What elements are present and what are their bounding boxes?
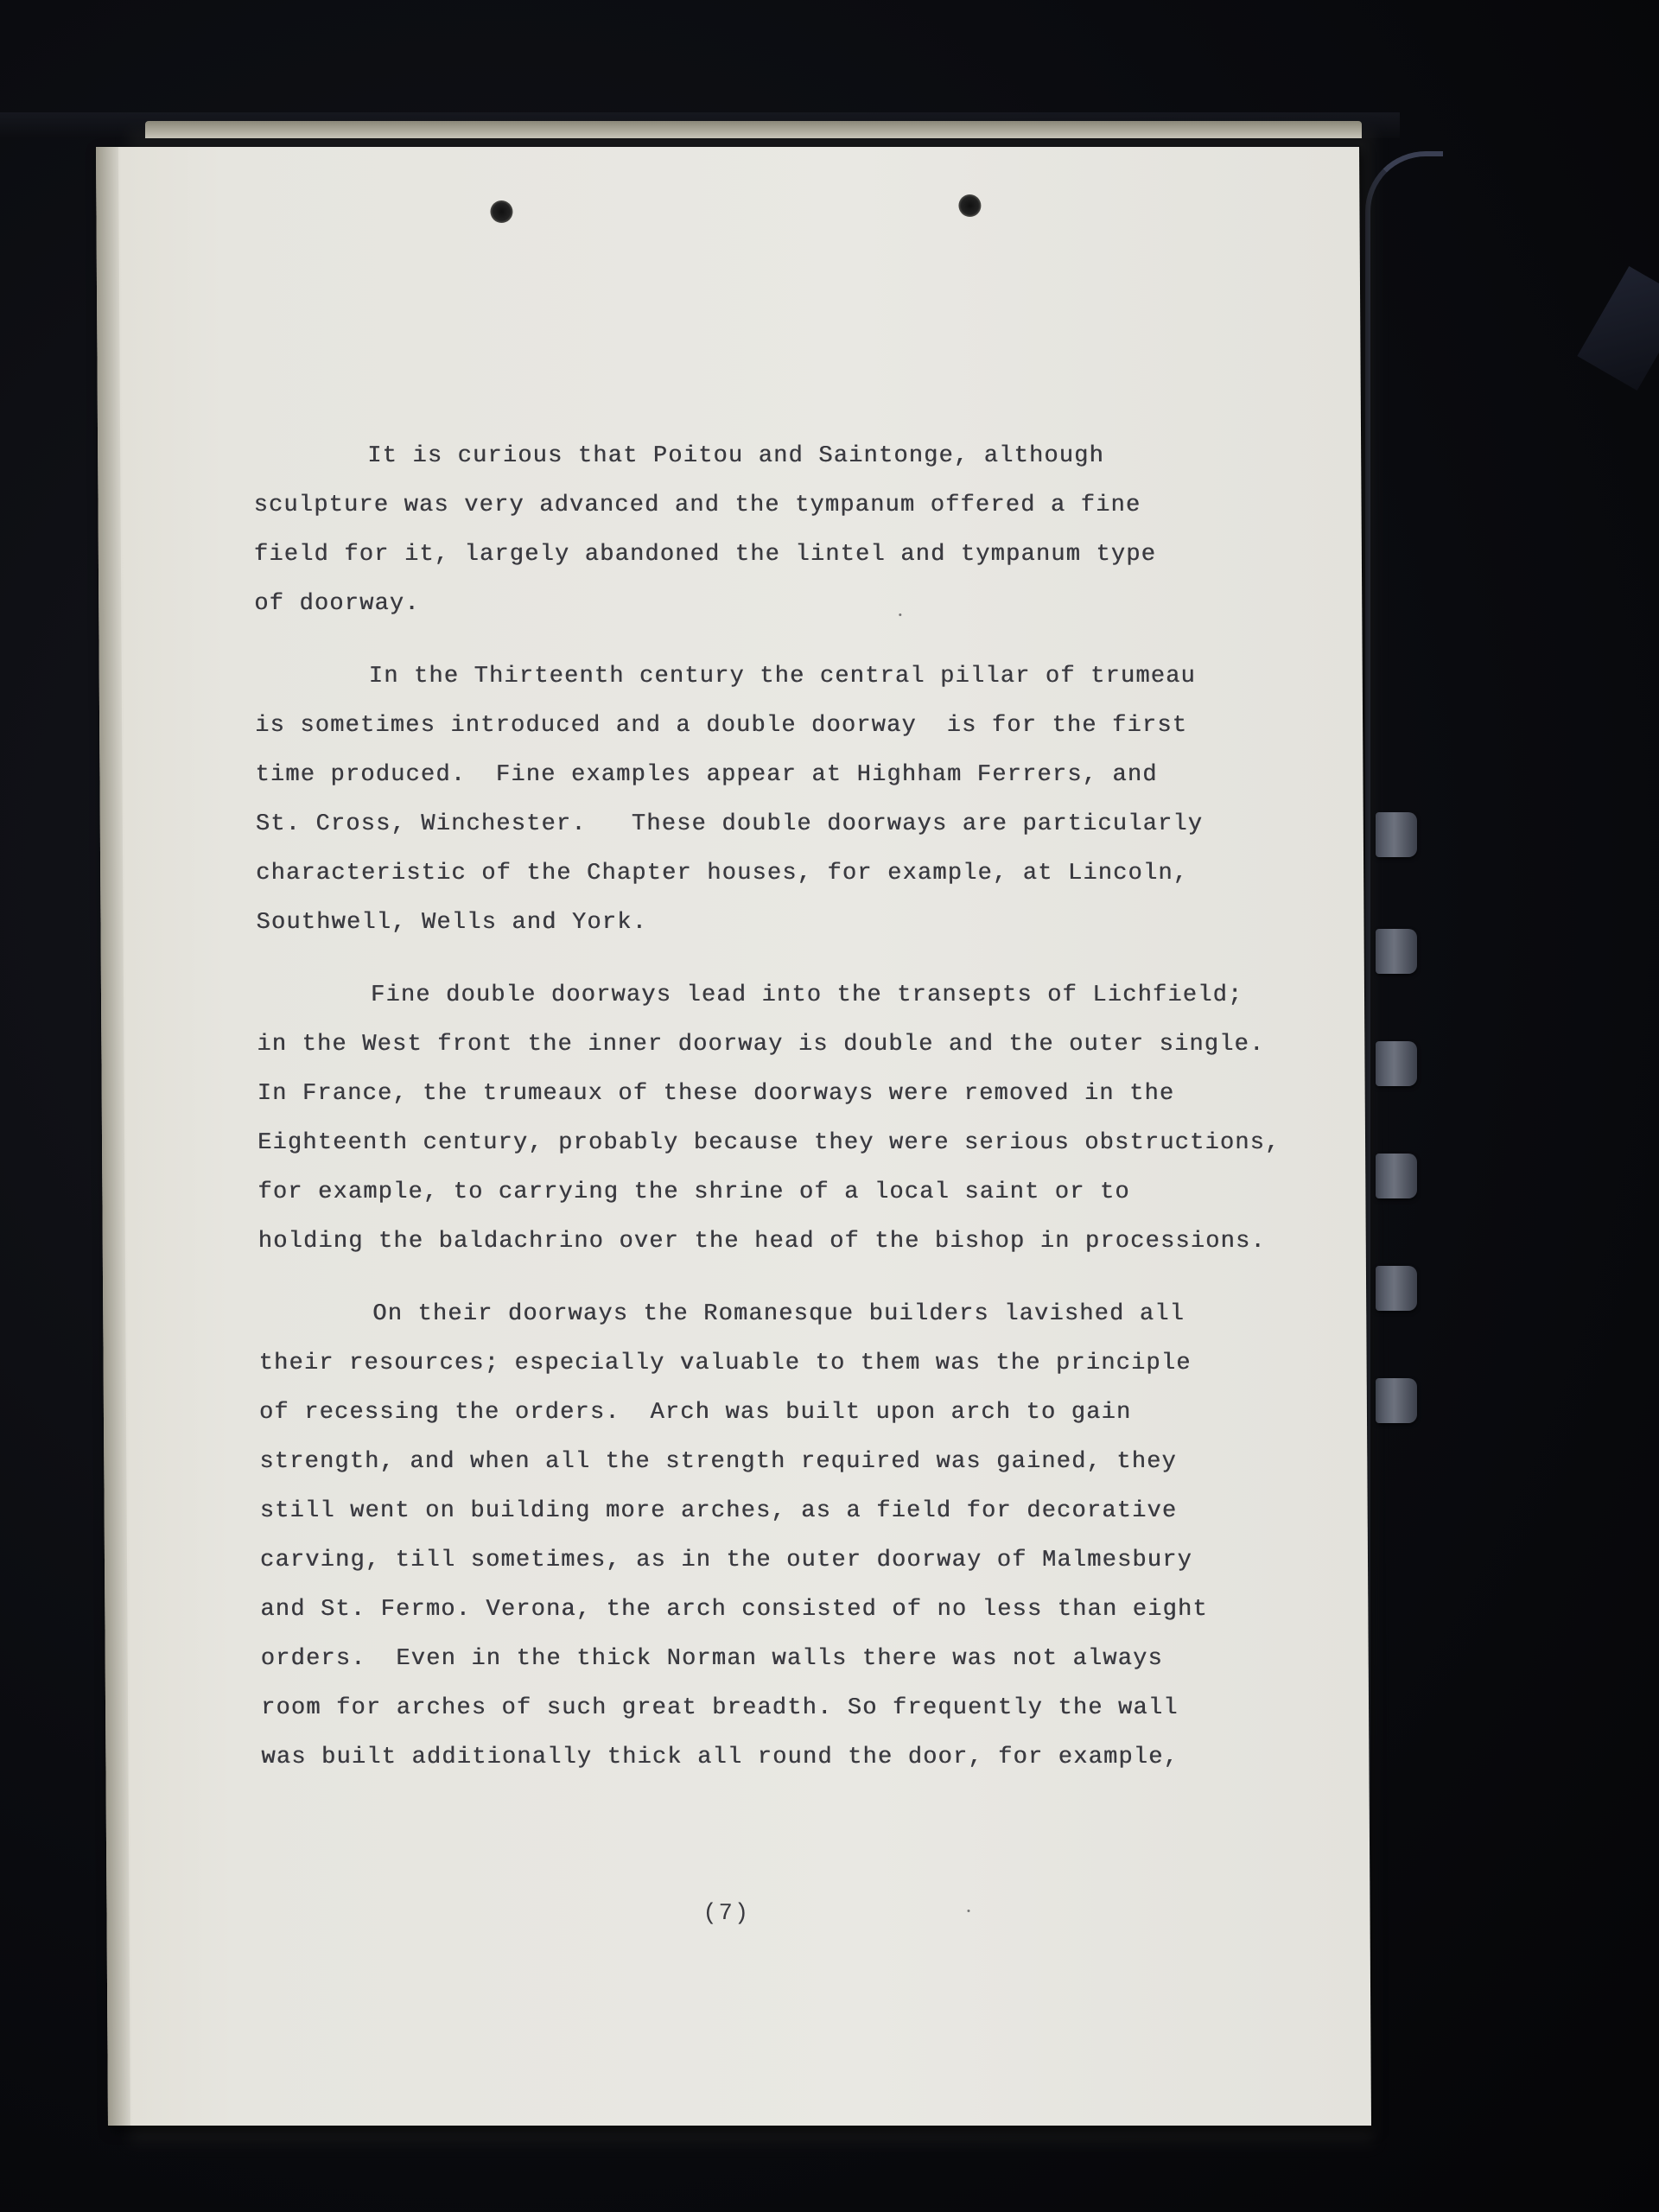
- page-number: (7): [702, 1901, 750, 1927]
- text-line: On their doorways the Romanesque builder…: [258, 1290, 1347, 1339]
- text-line: Southwell, Wells and York.: [256, 899, 1344, 948]
- text-line: time produced. Fine examples appear at H…: [255, 751, 1344, 800]
- binder-ring: [1376, 1041, 1417, 1086]
- paragraph: In the Thirteenth century the central pi…: [255, 652, 1345, 948]
- text-line: holding the baldachrino over the head of…: [258, 1217, 1347, 1267]
- text-line: is sometimes introduced and a double doo…: [255, 702, 1344, 751]
- text-line: carving, till sometimes, as in the outer…: [260, 1536, 1349, 1586]
- binder-ring: [1376, 1154, 1417, 1198]
- binder-ring: [1376, 929, 1417, 974]
- binder-ring: [1376, 1378, 1417, 1423]
- punch-hole-icon: [490, 200, 512, 223]
- page-stack-edge: [145, 121, 1362, 138]
- binder-tray-rail: [1365, 151, 1443, 2087]
- body-text: It is curious that Poitou and Saintonge,…: [253, 432, 1351, 1806]
- text-line: of recessing the orders. Arch was built …: [259, 1389, 1348, 1438]
- paper-speck: [899, 613, 901, 616]
- text-line: sculpture was very advanced and the tymp…: [253, 481, 1342, 531]
- typewritten-page: It is curious that Poitou and Saintonge,…: [96, 147, 1371, 2126]
- punch-hole-icon: [958, 194, 981, 217]
- text-line: It is curious that Poitou and Saintonge,…: [253, 432, 1342, 481]
- paragraph: On their doorways the Romanesque builder…: [258, 1290, 1350, 1783]
- text-line: St. Cross, Winchester. These double door…: [256, 800, 1344, 849]
- text-line: still went on building more arches, as a…: [259, 1487, 1348, 1536]
- paragraph: It is curious that Poitou and Saintonge,…: [253, 432, 1343, 629]
- text-line: Eighteenth century, probably because the…: [257, 1119, 1346, 1168]
- text-line: field for it, largely abandoned the lint…: [254, 531, 1343, 580]
- paper-speck: [967, 1910, 969, 1912]
- text-line: of doorway.: [254, 580, 1343, 629]
- text-line: Fine double doorways lead into the trans…: [257, 971, 1345, 1020]
- text-line: their resources; especially valuable to …: [258, 1339, 1347, 1389]
- text-line: room for arches of such great breadth. S…: [261, 1684, 1350, 1733]
- text-line: orders. Even in the thick Norman walls t…: [261, 1635, 1350, 1684]
- text-line: In the Thirteenth century the central pi…: [255, 652, 1344, 702]
- text-line: characteristic of the Chapter houses, fo…: [256, 849, 1344, 899]
- text-line: In France, the trumeaux of these doorway…: [257, 1070, 1346, 1119]
- paragraph: Fine double doorways lead into the trans…: [257, 971, 1347, 1267]
- binder-ring: [1376, 812, 1417, 857]
- text-line: in the West front the inner doorway is d…: [257, 1020, 1345, 1070]
- text-line: was built additionally thick all round t…: [261, 1733, 1350, 1783]
- binder-ring: [1376, 1266, 1417, 1311]
- text-line: and St. Fermo. Verona, the arch consiste…: [260, 1586, 1349, 1635]
- text-line: for example, to carrying the shrine of a…: [257, 1168, 1346, 1217]
- text-line: strength, and when all the strength requ…: [259, 1438, 1348, 1487]
